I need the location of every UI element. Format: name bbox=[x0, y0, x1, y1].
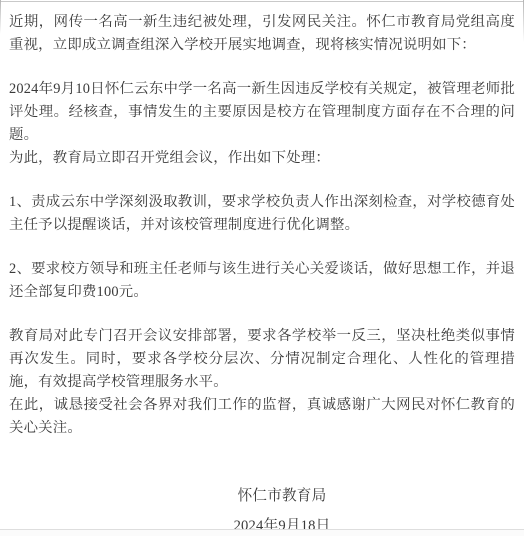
signature-organization: 怀仁市教育局 bbox=[49, 485, 515, 508]
notice-paragraph-incident: 2024年9月10日怀仁云东中学一名高一新生因违反学校有关规定，被管理老师批评处… bbox=[9, 78, 515, 147]
notice-paragraph-measure-1: 1、责成云东中学深刻汲取教训，要求学校负责人作出深刻检查，对学校德育处主任予以提… bbox=[9, 191, 515, 237]
notice-document: 近期，网传一名高一新生违纪被处理，引发网民关注。怀仁市教育局党组高度重视，立即成… bbox=[0, 0, 524, 536]
notice-paragraph-measure-2: 2、要求校方领导和班主任老师与该生进行关心关爱谈话，做好思想工作，并退还全部复印… bbox=[9, 258, 515, 304]
notice-paragraph-closing: 在此，诚恳接受社会各界对我们工作的监督，真诚感谢广大网民对怀仁教育的关心关注。 bbox=[9, 394, 515, 440]
bottom-background-strip bbox=[0, 530, 524, 536]
notice-paragraph-intro: 近期，网传一名高一新生违纪被处理，引发网民关注。怀仁市教育局党组高度重视，立即成… bbox=[9, 11, 515, 57]
notice-paragraph-decision-lead: 为此，教育局立即召开党组会议，作出如下处理： bbox=[9, 147, 515, 170]
notice-paragraph-followup: 教育局对此专门召开会议安排部署，要求各学校举一反三，坚决杜绝类似事情再次发生。同… bbox=[9, 325, 515, 394]
signature-block: 怀仁市教育局 2024年9月18日 bbox=[49, 485, 515, 535]
notice-body: 近期，网传一名高一新生违纪被处理，引发网民关注。怀仁市教育局党组高度重视，立即成… bbox=[0, 0, 524, 535]
